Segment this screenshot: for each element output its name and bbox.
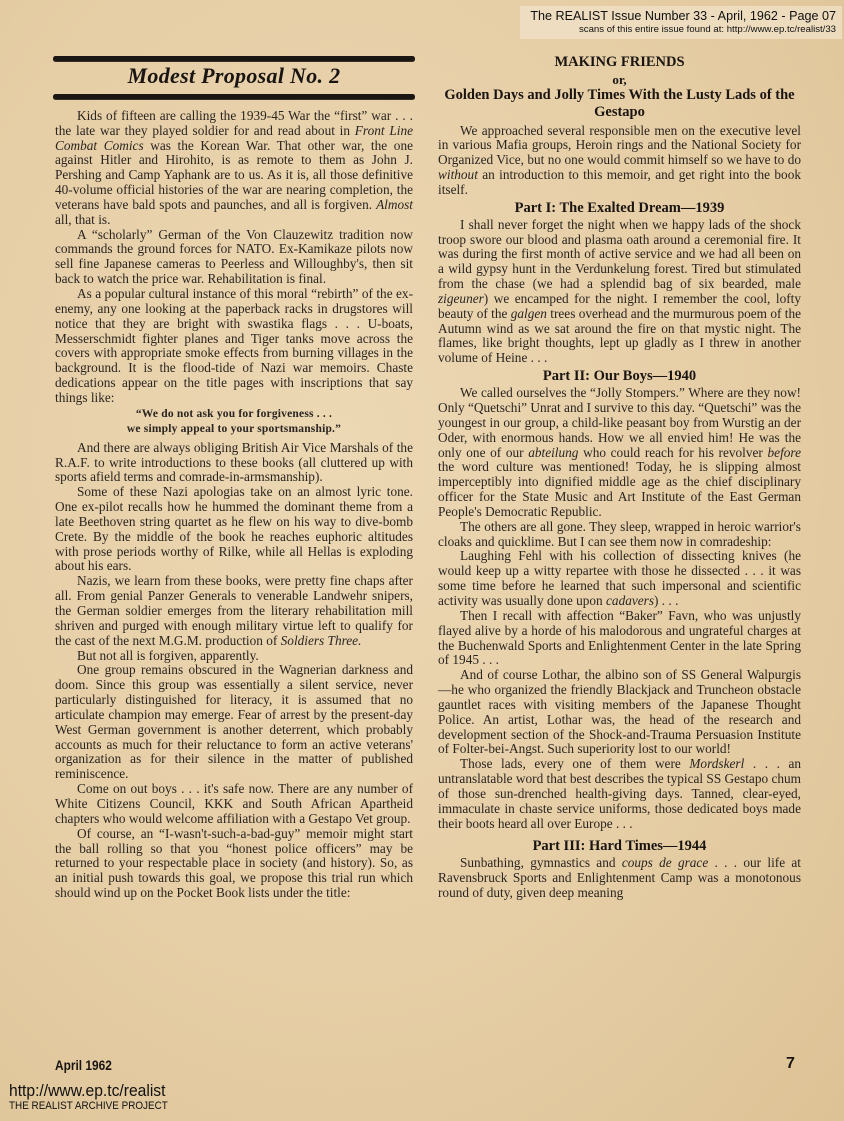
article-title: MAKING FRIENDS: [438, 54, 801, 72]
section-heading: Part II: Our Boys—1940: [438, 367, 801, 386]
paragraph: The others are all gone. They sleep, wra…: [438, 520, 801, 550]
paragraph: Of course, an “I-wasn't-such-a-bad-guy” …: [55, 827, 413, 901]
bottom-rule-divider: [53, 94, 415, 99]
paragraph: Some of these Nazi apologias take on an …: [55, 485, 413, 574]
paragraph: We called ourselves the “Jolly Stompers.…: [438, 386, 801, 520]
paragraph: A “scholarly” German of the Von Clauzewi…: [55, 228, 413, 287]
scans-link-text: scans of this entire issue found at: htt…: [526, 24, 836, 36]
paragraph: And there are always obliging British Ai…: [55, 441, 413, 486]
paragraph: One group remains obscured in the Wagner…: [55, 663, 413, 782]
article-subtitle: Golden Days and Jolly Times With the Lus…: [438, 87, 801, 122]
paragraph: Laughing Fehl with his collection of dis…: [438, 549, 801, 608]
paragraph: We approached several responsible men on…: [438, 124, 801, 198]
section-heading: Part III: Hard Times—1944: [438, 837, 801, 856]
article-headline: Modest Proposal No. 2: [55, 69, 413, 84]
paragraph: But not all is forgiven, apparently.: [55, 649, 413, 664]
top-rule-divider: [53, 56, 415, 61]
archive-name: THE REALIST ARCHIVE PROJECT: [9, 1100, 168, 1113]
right-column-article: MAKING FRIENDS or, Golden Days and Jolly…: [438, 54, 801, 901]
paragraph: Then I recall with affection “Baker” Fav…: [438, 609, 801, 668]
paragraph: As a popular cultural instance of this m…: [55, 287, 413, 406]
paragraph: Nazis, we learn from these books, were p…: [55, 574, 413, 648]
paragraph: Kids of fifteen are calling the 1939-45 …: [55, 109, 413, 228]
left-column-article: Modest Proposal No. 2 Kids of fifteen ar…: [55, 56, 413, 901]
paragraph: Come on out boys . . . it's safe now. Th…: [55, 782, 413, 827]
section-heading: Part I: The Exalted Dream—1939: [438, 199, 801, 218]
archive-header: The REALIST Issue Number 33 - April, 196…: [520, 6, 842, 39]
paragraph: I shall never forget the night when we h…: [438, 218, 801, 366]
page-number: 7: [786, 1055, 795, 1073]
issue-title: The REALIST Issue Number 33 - April, 196…: [526, 9, 836, 24]
issue-date: April 1962: [55, 1057, 112, 1073]
pull-quote: “We do not ask you for forgiveness . . .…: [55, 407, 413, 437]
quote-line: “We do not ask you for forgiveness . . .: [55, 407, 413, 422]
paragraph: Those lads, every one of them were Mords…: [438, 757, 801, 831]
quote-line: we simply appeal to your sportsmanship.”: [55, 422, 413, 437]
paragraph: Sunbathing, gymnastics and coups de grac…: [438, 856, 801, 901]
article-title-or: or,: [438, 72, 801, 87]
paragraph: And of course Lothar, the albino son of …: [438, 668, 801, 757]
archive-url[interactable]: http://www.ep.tc/realist: [9, 1082, 171, 1100]
archive-footer: http://www.ep.tc/realist THE REALIST ARC…: [9, 1082, 185, 1113]
